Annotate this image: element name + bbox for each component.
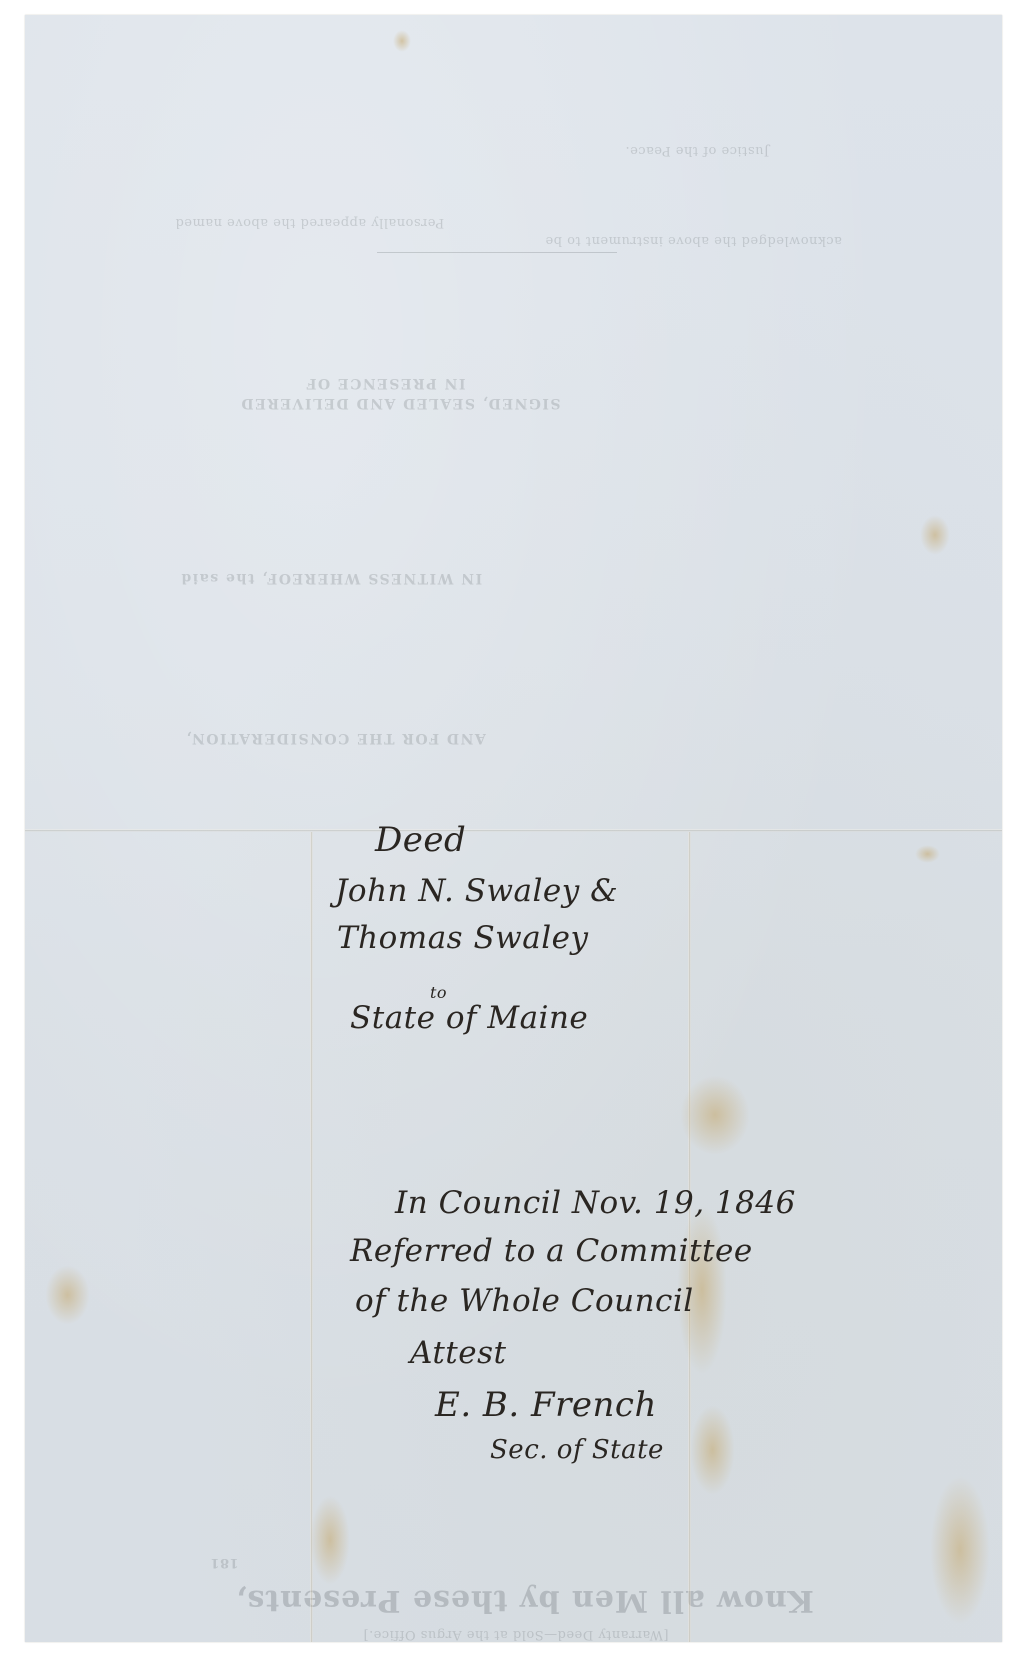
bleed-signed-sealed: SIGNED, SEALED AND DELIVERED bbox=[240, 395, 561, 411]
bleed-text-top-3: acknowledged the above instrument to be bbox=[545, 233, 842, 248]
stain-mark bbox=[930, 1475, 990, 1625]
docket-title: Deed bbox=[375, 820, 466, 860]
document-paper: Justice of the Peace. Personally appeare… bbox=[25, 15, 1002, 1642]
stain-mark bbox=[690, 1405, 735, 1495]
signature: E. B. French bbox=[435, 1385, 657, 1425]
bleed-header-title: Know all Men by these Presents, bbox=[235, 1583, 814, 1618]
bleed-text-top: Justice of the Peace. bbox=[625, 143, 769, 158]
bleed-in-presence: IN PRESENCE OF bbox=[305, 375, 465, 391]
signature-title: Sec. of State bbox=[490, 1435, 664, 1465]
horizontal-fold-line bbox=[25, 829, 1002, 832]
bleed-header-sub: [Warranty Deed—Sold at the Argus Office.… bbox=[363, 1627, 669, 1642]
stain-mark bbox=[45, 1265, 90, 1325]
docket-grantors-line2: Thomas Swaley bbox=[337, 920, 588, 956]
bleed-text-top-2: Personally appeared the above named bbox=[175, 215, 444, 230]
council-date-line: In Council Nov. 19, 1846 bbox=[395, 1185, 796, 1221]
docket-grantors-line1: John N. Swaley & bbox=[335, 873, 618, 909]
stain-mark bbox=[920, 515, 950, 555]
stain-mark bbox=[680, 1075, 750, 1155]
bleed-year: 181 bbox=[210, 1555, 239, 1570]
stain-mark bbox=[393, 30, 411, 52]
stain-mark bbox=[915, 845, 940, 863]
bleed-consideration: AND FOR THE CONSIDERATION, bbox=[185, 730, 486, 746]
council-whole-line: of the Whole Council bbox=[355, 1283, 694, 1319]
bleed-rule bbox=[377, 252, 617, 253]
council-referred-line: Referred to a Committee bbox=[350, 1233, 753, 1269]
docket-grantee: State of Maine bbox=[350, 1000, 588, 1036]
attest-label: Attest bbox=[410, 1335, 506, 1371]
bleed-witness: IN WITNESS WHEREOF, the said bbox=[180, 570, 482, 586]
stain-mark bbox=[310, 1495, 350, 1585]
